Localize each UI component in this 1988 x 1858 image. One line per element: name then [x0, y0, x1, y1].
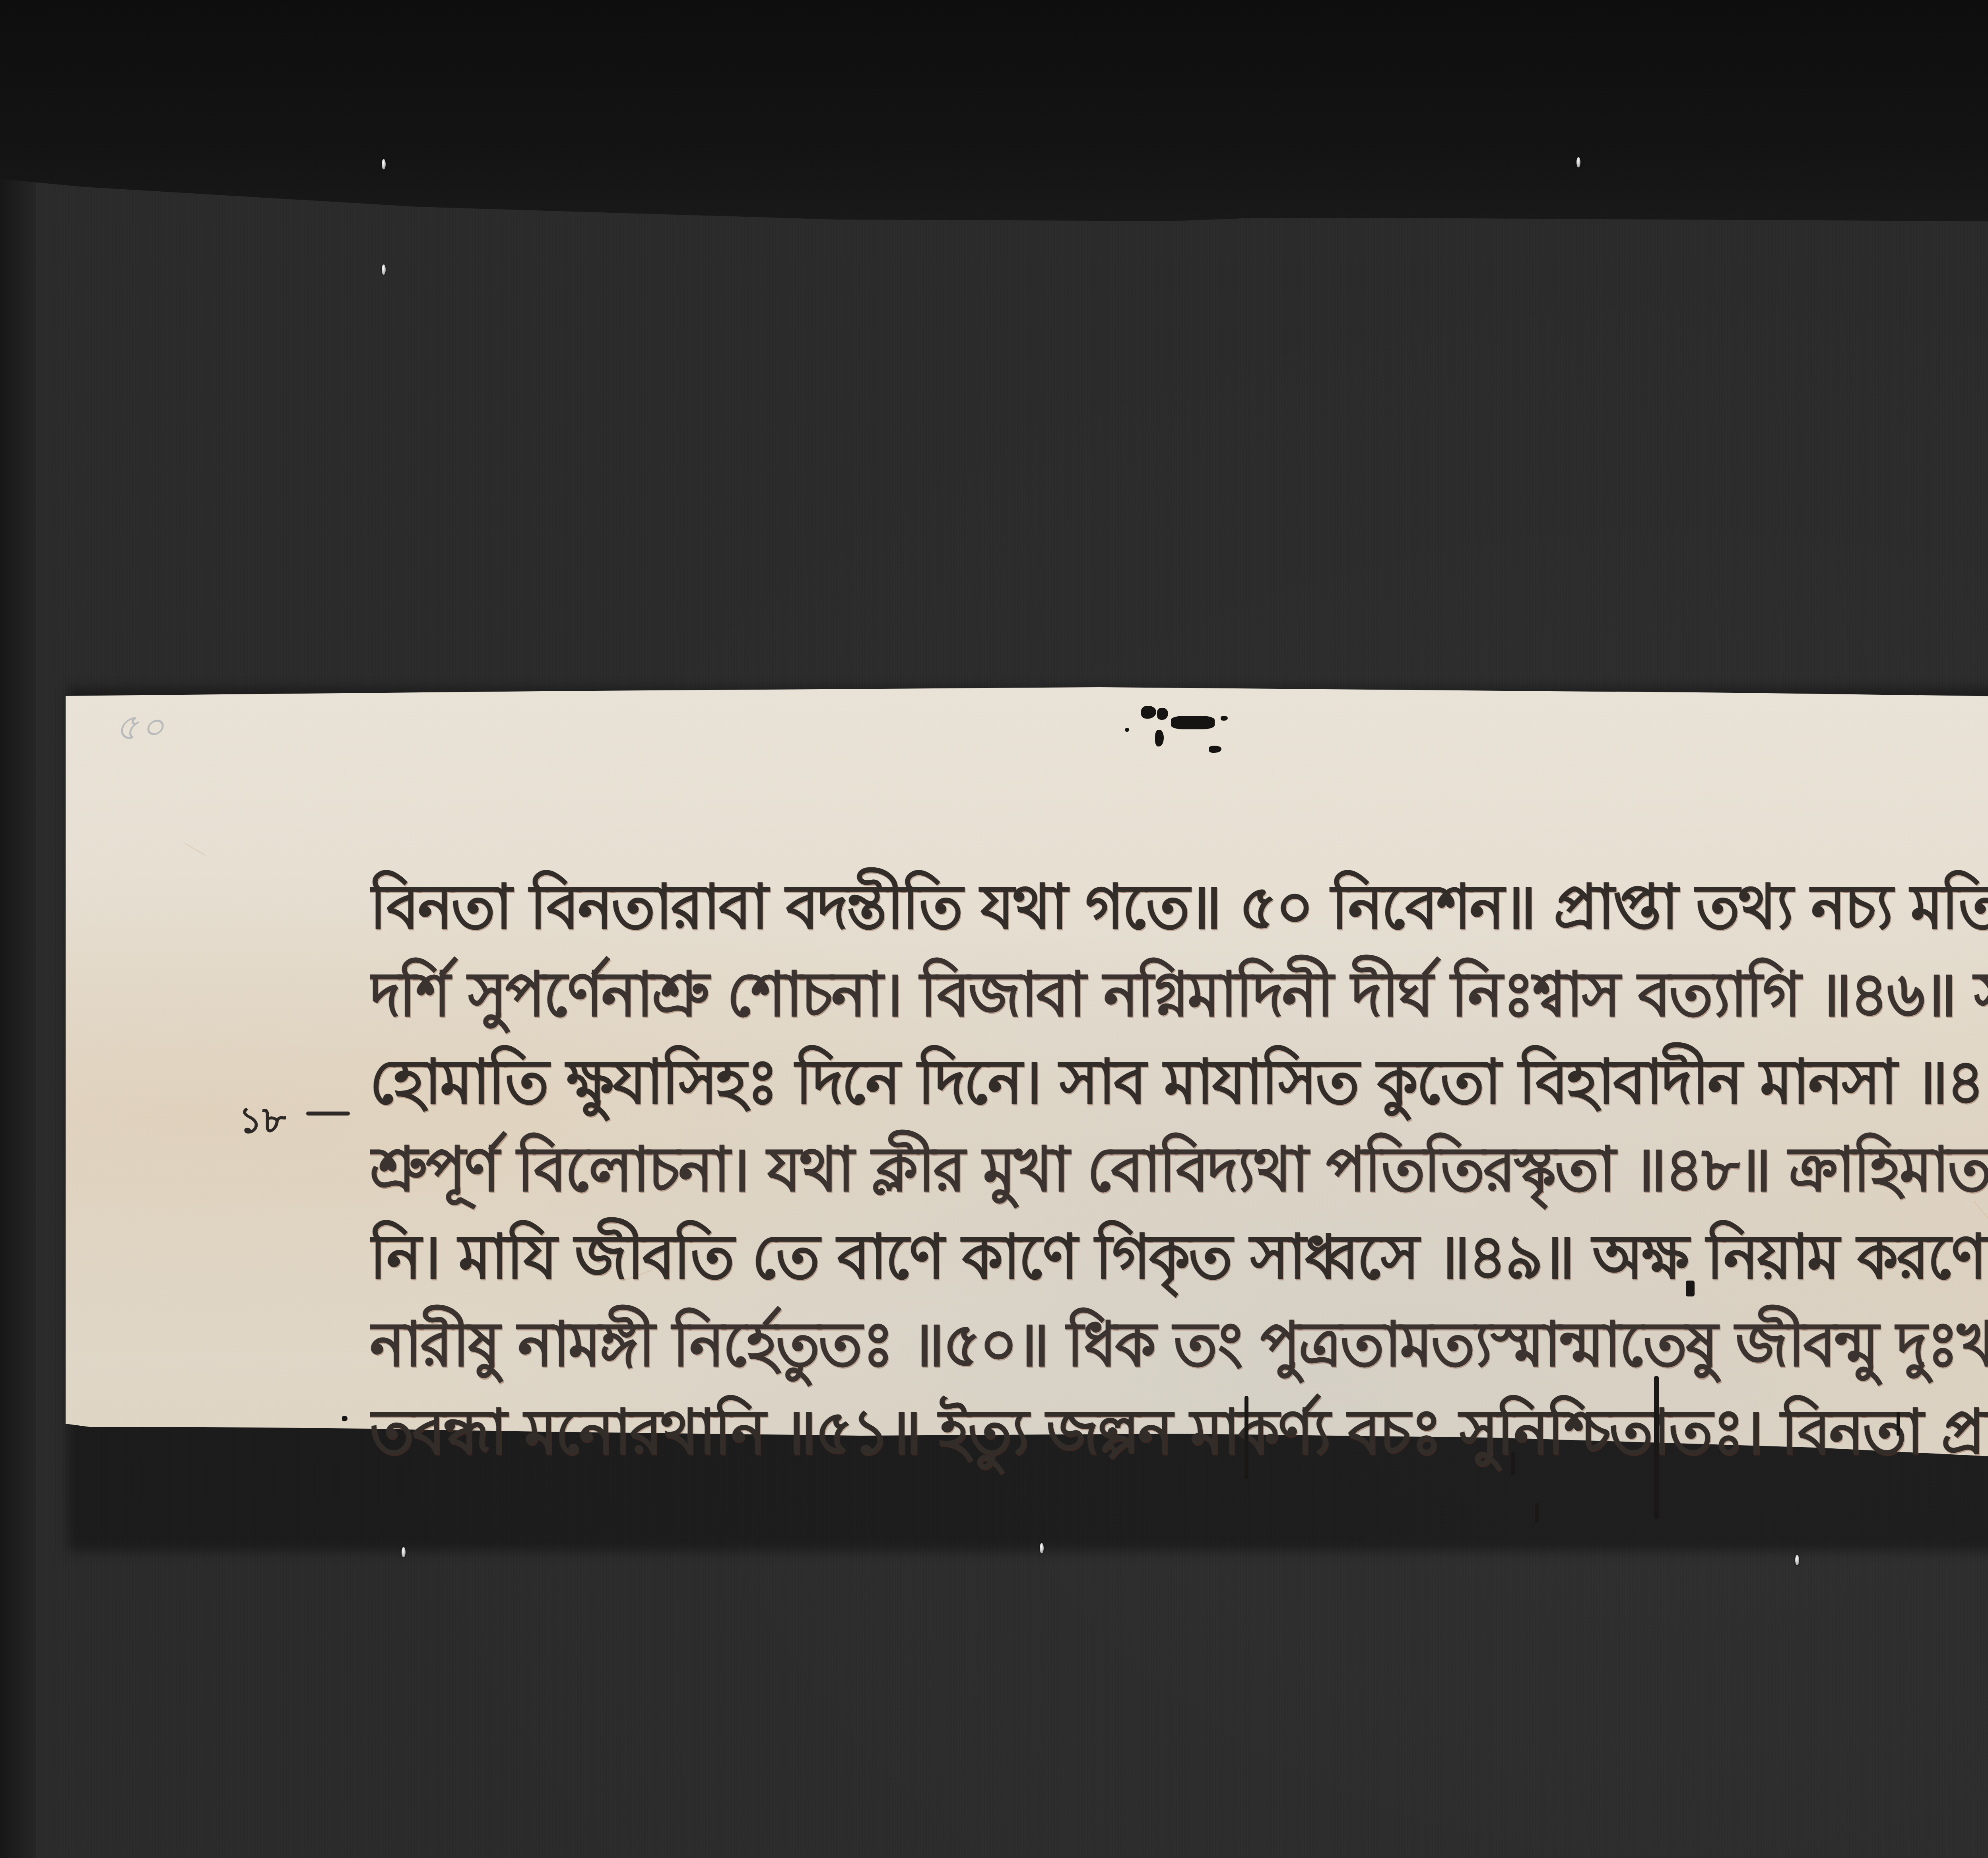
ink-drip: [1244, 1396, 1248, 1479]
ink-drip: [1897, 1412, 1900, 1436]
ink-drip: [1535, 1503, 1539, 1523]
ink-drip: [1686, 1281, 1695, 1296]
mounting-pin: [402, 1547, 406, 1557]
ink-drip: [1511, 1452, 1515, 1475]
margin-dash: [306, 1112, 350, 1116]
ink-blot: [1171, 716, 1215, 729]
text-line: নি। মাযি জীবতি তে বাণে কাণে গিকৃত সাধ্বস…: [370, 1211, 1988, 1303]
margin-line-number: ১৮: [239, 1092, 286, 1153]
text-line: শ্রুপূর্ণ বিলোচনা। যথা ক্লীর মুখা বোবিদ্…: [370, 1123, 1988, 1215]
ink-drip: [1654, 1376, 1659, 1519]
mounting-pin: [382, 264, 386, 275]
board-left-edge: [0, 0, 36, 1858]
text-line: দর্শি সুপর্ণেনাশ্রু শোচনা। বিজাবা নগ্নিম…: [370, 948, 1988, 1040]
pencil-folio-number: ৫০: [115, 700, 167, 760]
text-line: হোমাতি ক্ষুযাসিহঃ দিনে দিনে। সাব মাযাসিত…: [370, 1036, 1988, 1128]
mounting-pin: [1576, 157, 1580, 167]
mounting-pin: [1040, 1543, 1044, 1553]
black-cover-sheet: [0, 0, 1988, 223]
text-line: বিনতা বিনতারাবা বদন্তীতি যথা গতে॥ ৫০ নিব…: [370, 861, 1988, 953]
text-line: তবন্ধা মনোরথানি ॥৫১॥ ইত্যু জল্পন মাকর্ণ্…: [370, 1386, 1988, 1478]
mounting-pin: [382, 159, 386, 169]
manuscript-text: বিনতা বিনতারাবা বদন্তীতি যথা গতে॥ ৫০ নিব…: [370, 863, 1988, 1475]
paper-fiber: [185, 843, 206, 856]
text-line: নারীষু নামঙ্গী নির্হেতুতঃ ॥৫০॥ ধিক তং পু…: [370, 1298, 1988, 1390]
mounting-pin: [1795, 1555, 1799, 1565]
